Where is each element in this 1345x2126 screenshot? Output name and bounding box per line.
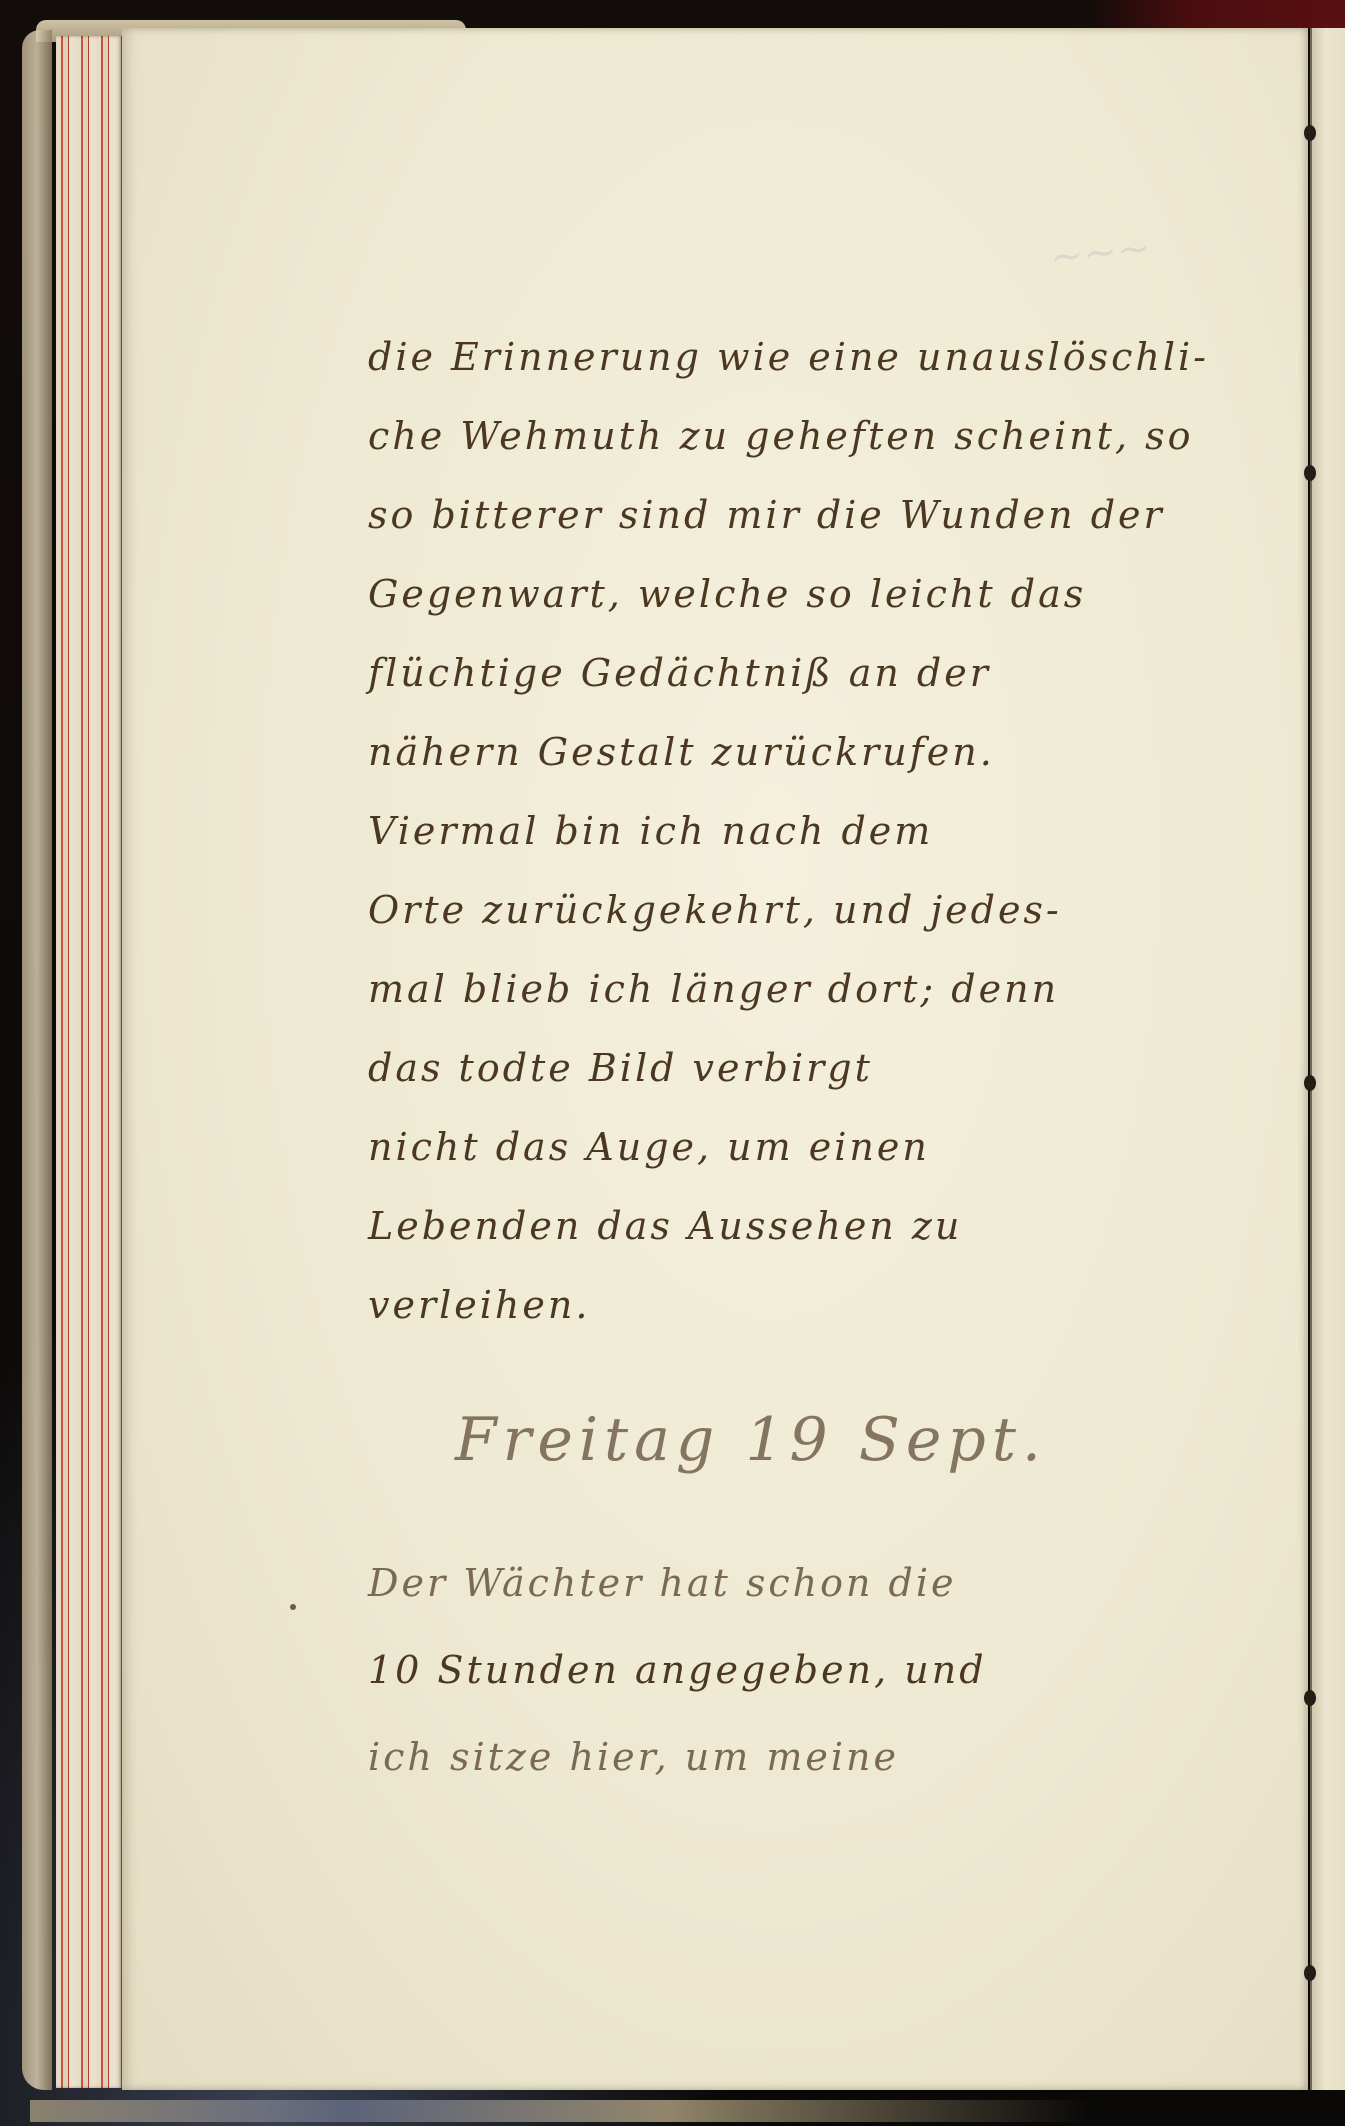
text-line: nähern Gestalt zurückrufen. (368, 713, 1188, 792)
binding-stitch-hole (1304, 125, 1316, 141)
new-entry-text: Der Wächter hat schon die 10 Stunden ang… (368, 1540, 1188, 1801)
binding-stitch-hole (1304, 1075, 1316, 1091)
text-line: ich sitze hier, um meine (368, 1714, 1188, 1801)
facing-page-sliver (1310, 28, 1345, 2090)
text-line: Orte zurückgekehrt, und jedes- (368, 871, 1188, 950)
entry-continued-text: die Erinnerung wie eine unauslöschli- ch… (368, 318, 1188, 1345)
text-line: verleihen. (368, 1266, 1188, 1345)
text-line: Lebenden das Aussehen zu (368, 1187, 1188, 1266)
text-line: Der Wächter hat schon die (368, 1540, 1188, 1627)
text-line: 10 Stunden angegeben, und (368, 1627, 1188, 1714)
text-line: che Wehmuth zu geheften scheint, so (368, 397, 1188, 476)
text-line: das todte Bild verbirgt (368, 1029, 1188, 1108)
text-line: nicht das Auge, um einen (368, 1108, 1188, 1187)
red-cover-edge (1085, 0, 1345, 28)
margin-ink-dot (290, 1604, 296, 1610)
entry-date-heading: Freitag 19 Sept. (455, 1405, 1047, 1475)
binding-stitch-hole (1304, 465, 1316, 481)
text-line: so bitterer sind mir die Wunden der (368, 476, 1188, 555)
worn-binding-spine (22, 30, 52, 2090)
text-line: die Erinnerung wie eine unauslöschli- (368, 318, 1188, 397)
worn-binding-bottom (30, 2100, 1090, 2122)
text-line: flüchtige Gedächtniß an der (368, 634, 1188, 713)
text-line: mal blieb ich länger dort; denn (368, 950, 1188, 1029)
binding-stitch-hole (1304, 1690, 1316, 1706)
binding-stitch-hole (1304, 1965, 1316, 1981)
page-stack-red-edges (56, 36, 122, 2088)
text-line: Gegenwart, welche so leicht das (368, 555, 1188, 634)
text-line: Viermal bin ich nach dem (368, 792, 1188, 871)
